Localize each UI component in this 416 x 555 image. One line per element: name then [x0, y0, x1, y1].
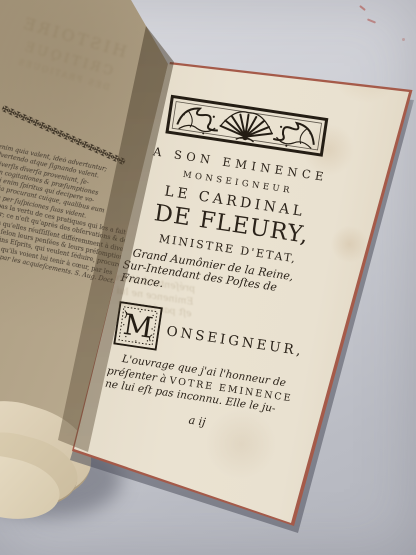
- red-ink-speck: [402, 38, 405, 41]
- book-photo: HISTOIRE CRITIQUE DES PRATIQUES ✠✠✠✠✠✠✠✠…: [0, 0, 416, 555]
- red-ink-speck: [367, 18, 376, 23]
- red-ink-speck: [359, 5, 366, 11]
